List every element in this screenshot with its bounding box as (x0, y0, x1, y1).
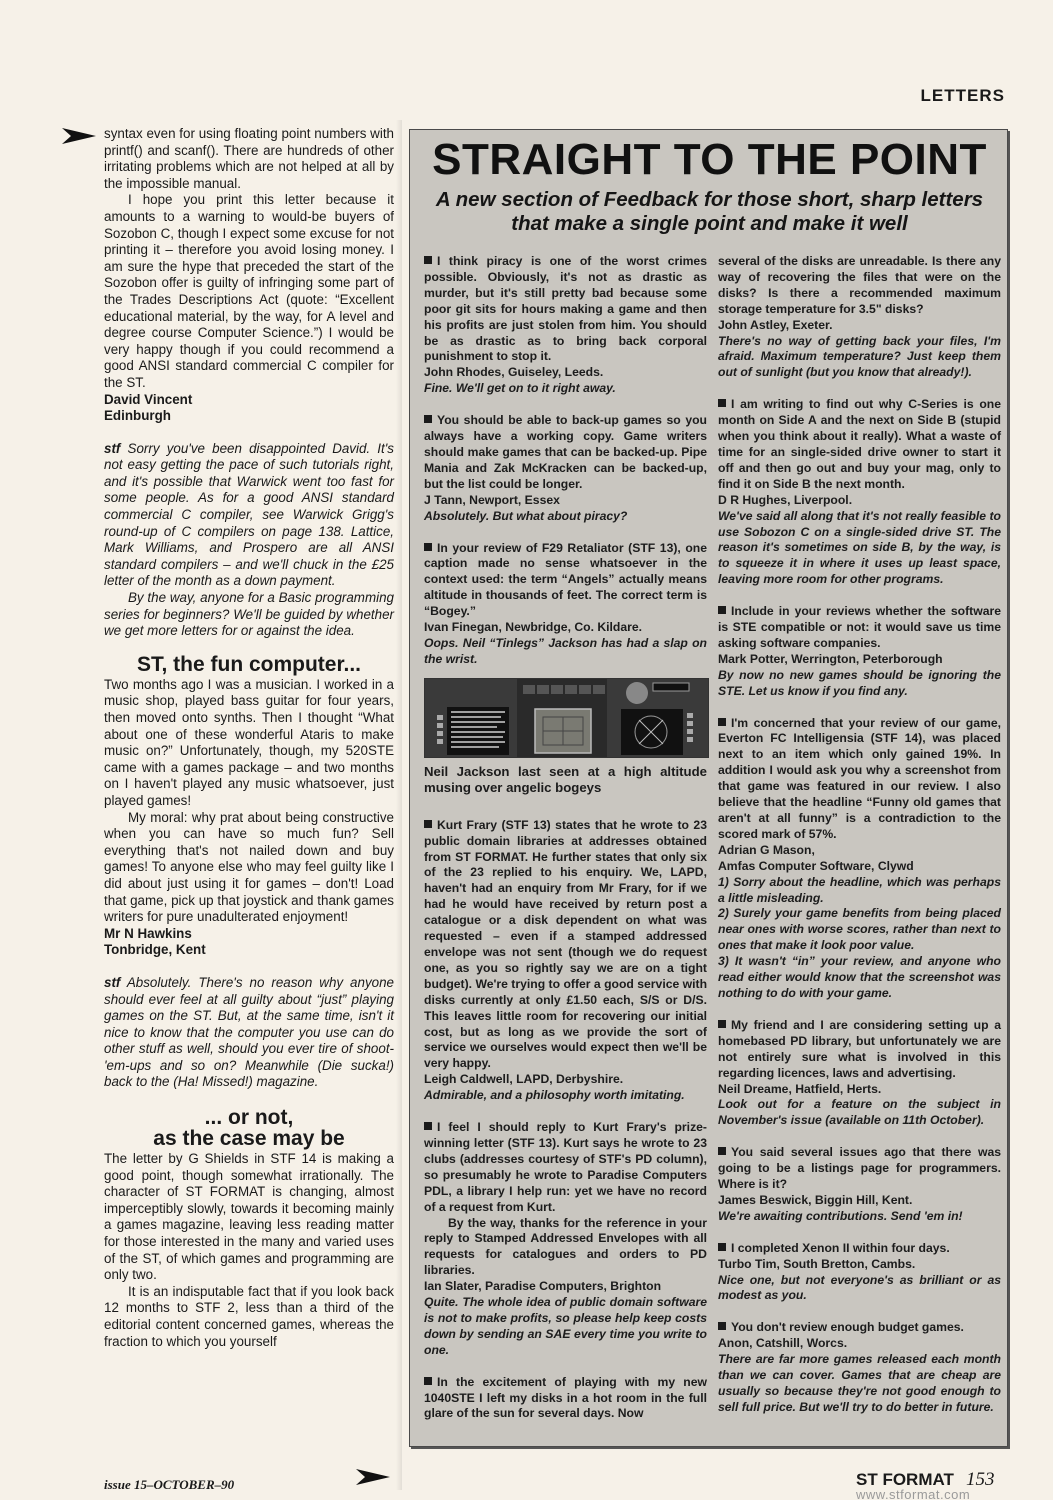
editor-reply: stf Absolutely. There's no reason why an… (104, 975, 394, 1091)
page-fold-shadow (396, 120, 402, 1490)
issue-footer: issue 15–OCTOBER–90 (104, 1477, 234, 1493)
short-letter-reply: 1) Sorry about the headline, which was p… (718, 875, 1001, 907)
short-letter-reply: 2) Surely your game benefits from being … (718, 906, 1001, 954)
short-letter-reply: We've said all along that it's not reall… (718, 509, 1001, 589)
square-bullet-icon (718, 1322, 726, 1330)
short-letter-reply: Quite. The whole idea of public domain s… (424, 1295, 707, 1359)
short-letter-body: I think piracy is one of the worst crime… (424, 254, 707, 363)
arrow-right-icon (62, 128, 96, 144)
short-letter-signature: John Rhodes, Guiseley, Leeds. (424, 365, 707, 381)
letter-signature-place: Edinburgh (104, 408, 394, 425)
square-bullet-icon (718, 606, 726, 614)
straight-to-the-point-box: STRAIGHT TO THE POINT A new section of F… (409, 129, 1008, 1447)
letter-paragraph: syntax even for using floating point num… (104, 126, 394, 192)
box-title: STRAIGHT TO THE POINT (422, 136, 997, 184)
short-letter-signature: Ian Slater, Paradise Computers, Brighton (424, 1279, 707, 1295)
short-letter-body: I'm concerned that your review of our ga… (718, 716, 1001, 841)
short-letter: You should be able to back-up games so y… (424, 413, 707, 524)
short-letter-reply: Fine. We'll get on to it right away. (424, 381, 707, 397)
short-letter-signature: Anon, Catshill, Worcs. (718, 1336, 1001, 1352)
short-letter-reply: There's no way of getting back your file… (718, 334, 1001, 382)
short-letter-body: I am writing to find out why C-Series is… (718, 397, 1001, 491)
f29-retaliator-screenshot (424, 678, 709, 758)
screenshot-caption-text: Neil Jackson last seen at a high altitud… (424, 764, 707, 795)
short-letter-reply: Nice one, but not everyone's as brillian… (718, 1273, 1001, 1305)
short-letter-signature: Turbo Tim, South Bretton, Cambs. (718, 1257, 1001, 1273)
editor-reply-text: Absolutely. There's no reason why anyone… (104, 975, 394, 1090)
letter-paragraph: Two months ago I was a musician. I worke… (104, 677, 394, 810)
short-letter-body: I feel I should reply to Kurt Frary's pr… (424, 1120, 707, 1214)
square-bullet-icon (718, 399, 726, 407)
short-letter: I'm concerned that your review of our ga… (718, 716, 1001, 1002)
short-letter: Include in your reviews whether the soft… (718, 604, 1001, 699)
section-tag: LETTERS (921, 86, 1005, 106)
square-bullet-icon (424, 1122, 432, 1130)
short-letter-reply: There are far more games released each m… (718, 1352, 1001, 1416)
short-letter-signature: Amfas Computer Software, Clywd (718, 859, 1001, 875)
short-letter-signature: Ivan Finegan, Newbridge, Co. Kildare. (424, 620, 707, 636)
editor-reply: stf Sorry you've been disappointed David… (104, 441, 394, 590)
stf-tag: stf (104, 975, 120, 990)
short-letter-reply: 3) It wasn't “in” your review, and anyon… (718, 954, 1001, 1002)
letter-signature-name: Mr N Hawkins (104, 926, 394, 943)
page-number: 153 (966, 1469, 995, 1491)
short-letter-body: You should be able to back-up games so y… (424, 413, 707, 491)
short-letter: I feel I should reply to Kurt Frary's pr… (424, 1120, 707, 1359)
square-bullet-icon (424, 543, 432, 551)
box-subtitle: A new section of Feedback for those shor… (422, 188, 997, 236)
short-letter-signature: John Astley, Exeter. (718, 318, 1001, 334)
watermark-link[interactable]: www.stformat.com (856, 1487, 970, 1500)
stf-tag: stf (104, 441, 120, 456)
short-letter-reply: Look out for a feature on the subject in… (718, 1097, 1001, 1129)
short-letter-signature: Adrian G Mason, (718, 843, 1001, 859)
short-letter: I am writing to find out why C-Series is… (718, 397, 1001, 588)
short-letter: several of the disks are unreadable. Is … (718, 254, 1001, 381)
square-bullet-icon (718, 1020, 726, 1028)
short-letter-signature: D R Hughes, Liverpool. (718, 493, 1001, 509)
short-letter-signature: Mark Potter, Werrington, Peterborough (718, 652, 1001, 668)
square-bullet-icon (424, 415, 432, 423)
letter-signature-name: David Vincent (104, 392, 394, 409)
short-letter-body: In your review of F29 Retaliator (STF 13… (424, 541, 707, 619)
short-letter-signature: James Beswick, Biggin Hill, Kent. (718, 1193, 1001, 1209)
short-letter-body: Include in your reviews whether the soft… (718, 604, 1001, 650)
square-bullet-icon (718, 1243, 726, 1251)
letter-paragraph: It is an indisputable fact that if you l… (104, 1284, 394, 1350)
square-bullet-icon (424, 256, 432, 264)
box-column-1: I think piracy is one of the worst crime… (424, 254, 707, 1438)
cockpit-image (425, 679, 708, 757)
editor-reply-text: By the way, anyone for a Basic programmi… (104, 590, 394, 640)
screenshot-caption: Neil Jackson last seen at a high altitud… (424, 764, 707, 796)
short-letter-body: By the way, thanks for the reference in … (424, 1216, 707, 1280)
short-letter-body: I completed Xenon II within four days. (731, 1241, 950, 1255)
short-letter: In your review of F29 Retaliator (STF 13… (424, 541, 707, 668)
square-bullet-icon (424, 820, 432, 828)
square-bullet-icon (718, 1147, 726, 1155)
short-letter: You don't review enough budget games. An… (718, 1320, 1001, 1415)
short-letter-body: several of the disks are unreadable. Is … (718, 254, 1001, 318)
editor-reply-text: Sorry you've been disappointed David. It… (104, 441, 394, 589)
short-letter: I think piracy is one of the worst crime… (424, 254, 707, 397)
short-letter: You said several issues ago that there w… (718, 1145, 1001, 1225)
short-letter-body: You don't review enough budget games. (731, 1320, 964, 1334)
letter-paragraph: My moral: why prat about being construct… (104, 810, 394, 926)
short-letter-body: In the excitement of playing with my new… (424, 1375, 707, 1421)
short-letter-reply: Admirable, and a philosophy worth imitat… (424, 1088, 707, 1104)
short-letter-signature: J Tann, Newport, Essex (424, 493, 707, 509)
short-letter-reply: We're awaiting contributions. Send 'em i… (718, 1209, 1001, 1225)
short-letter: Kurt Frary (STF 13) states that he wrote… (424, 818, 707, 1104)
left-letters-column: syntax even for using floating point num… (104, 126, 394, 1350)
letter-paragraph: The letter by G Shields in STF 14 is mak… (104, 1151, 394, 1284)
short-letter-reply: By now no new games should be ignoring t… (718, 668, 1001, 700)
short-letter: My friend and I are considering setting … (718, 1018, 1001, 1129)
square-bullet-icon (718, 718, 726, 726)
letter-paragraph: I hope you print this letter because it … (104, 192, 394, 391)
letter-signature-place: Tonbridge, Kent (104, 942, 394, 959)
short-letter-signature: Leigh Caldwell, LAPD, Derbyshire. (424, 1072, 707, 1088)
short-letter-body: You said several issues ago that there w… (718, 1145, 1001, 1191)
short-letter-body: Kurt Frary (STF 13) states that he wrote… (424, 818, 707, 1071)
short-letter-signature: Neil Dreame, Hatfield, Herts. (718, 1082, 1001, 1098)
letter-heading: ... or not, (104, 1107, 394, 1128)
letter-heading: ST, the fun computer... (104, 654, 394, 675)
short-letter: I completed Xenon II within four days. T… (718, 1241, 1001, 1305)
arrow-right-icon (356, 1469, 390, 1485)
letter-heading: as the case may be (104, 1128, 394, 1149)
short-letter-body: My friend and I are considering setting … (718, 1018, 1001, 1080)
box-column-2: several of the disks are unreadable. Is … (718, 254, 1001, 1432)
square-bullet-icon (424, 1377, 432, 1385)
short-letter: In the excitement of playing with my new… (424, 1375, 707, 1423)
short-letter-reply: Absolutely. But what about piracy? (424, 509, 707, 525)
short-letter-reply: Oops. Neil “Tinlegs” Jackson has had a s… (424, 636, 707, 668)
